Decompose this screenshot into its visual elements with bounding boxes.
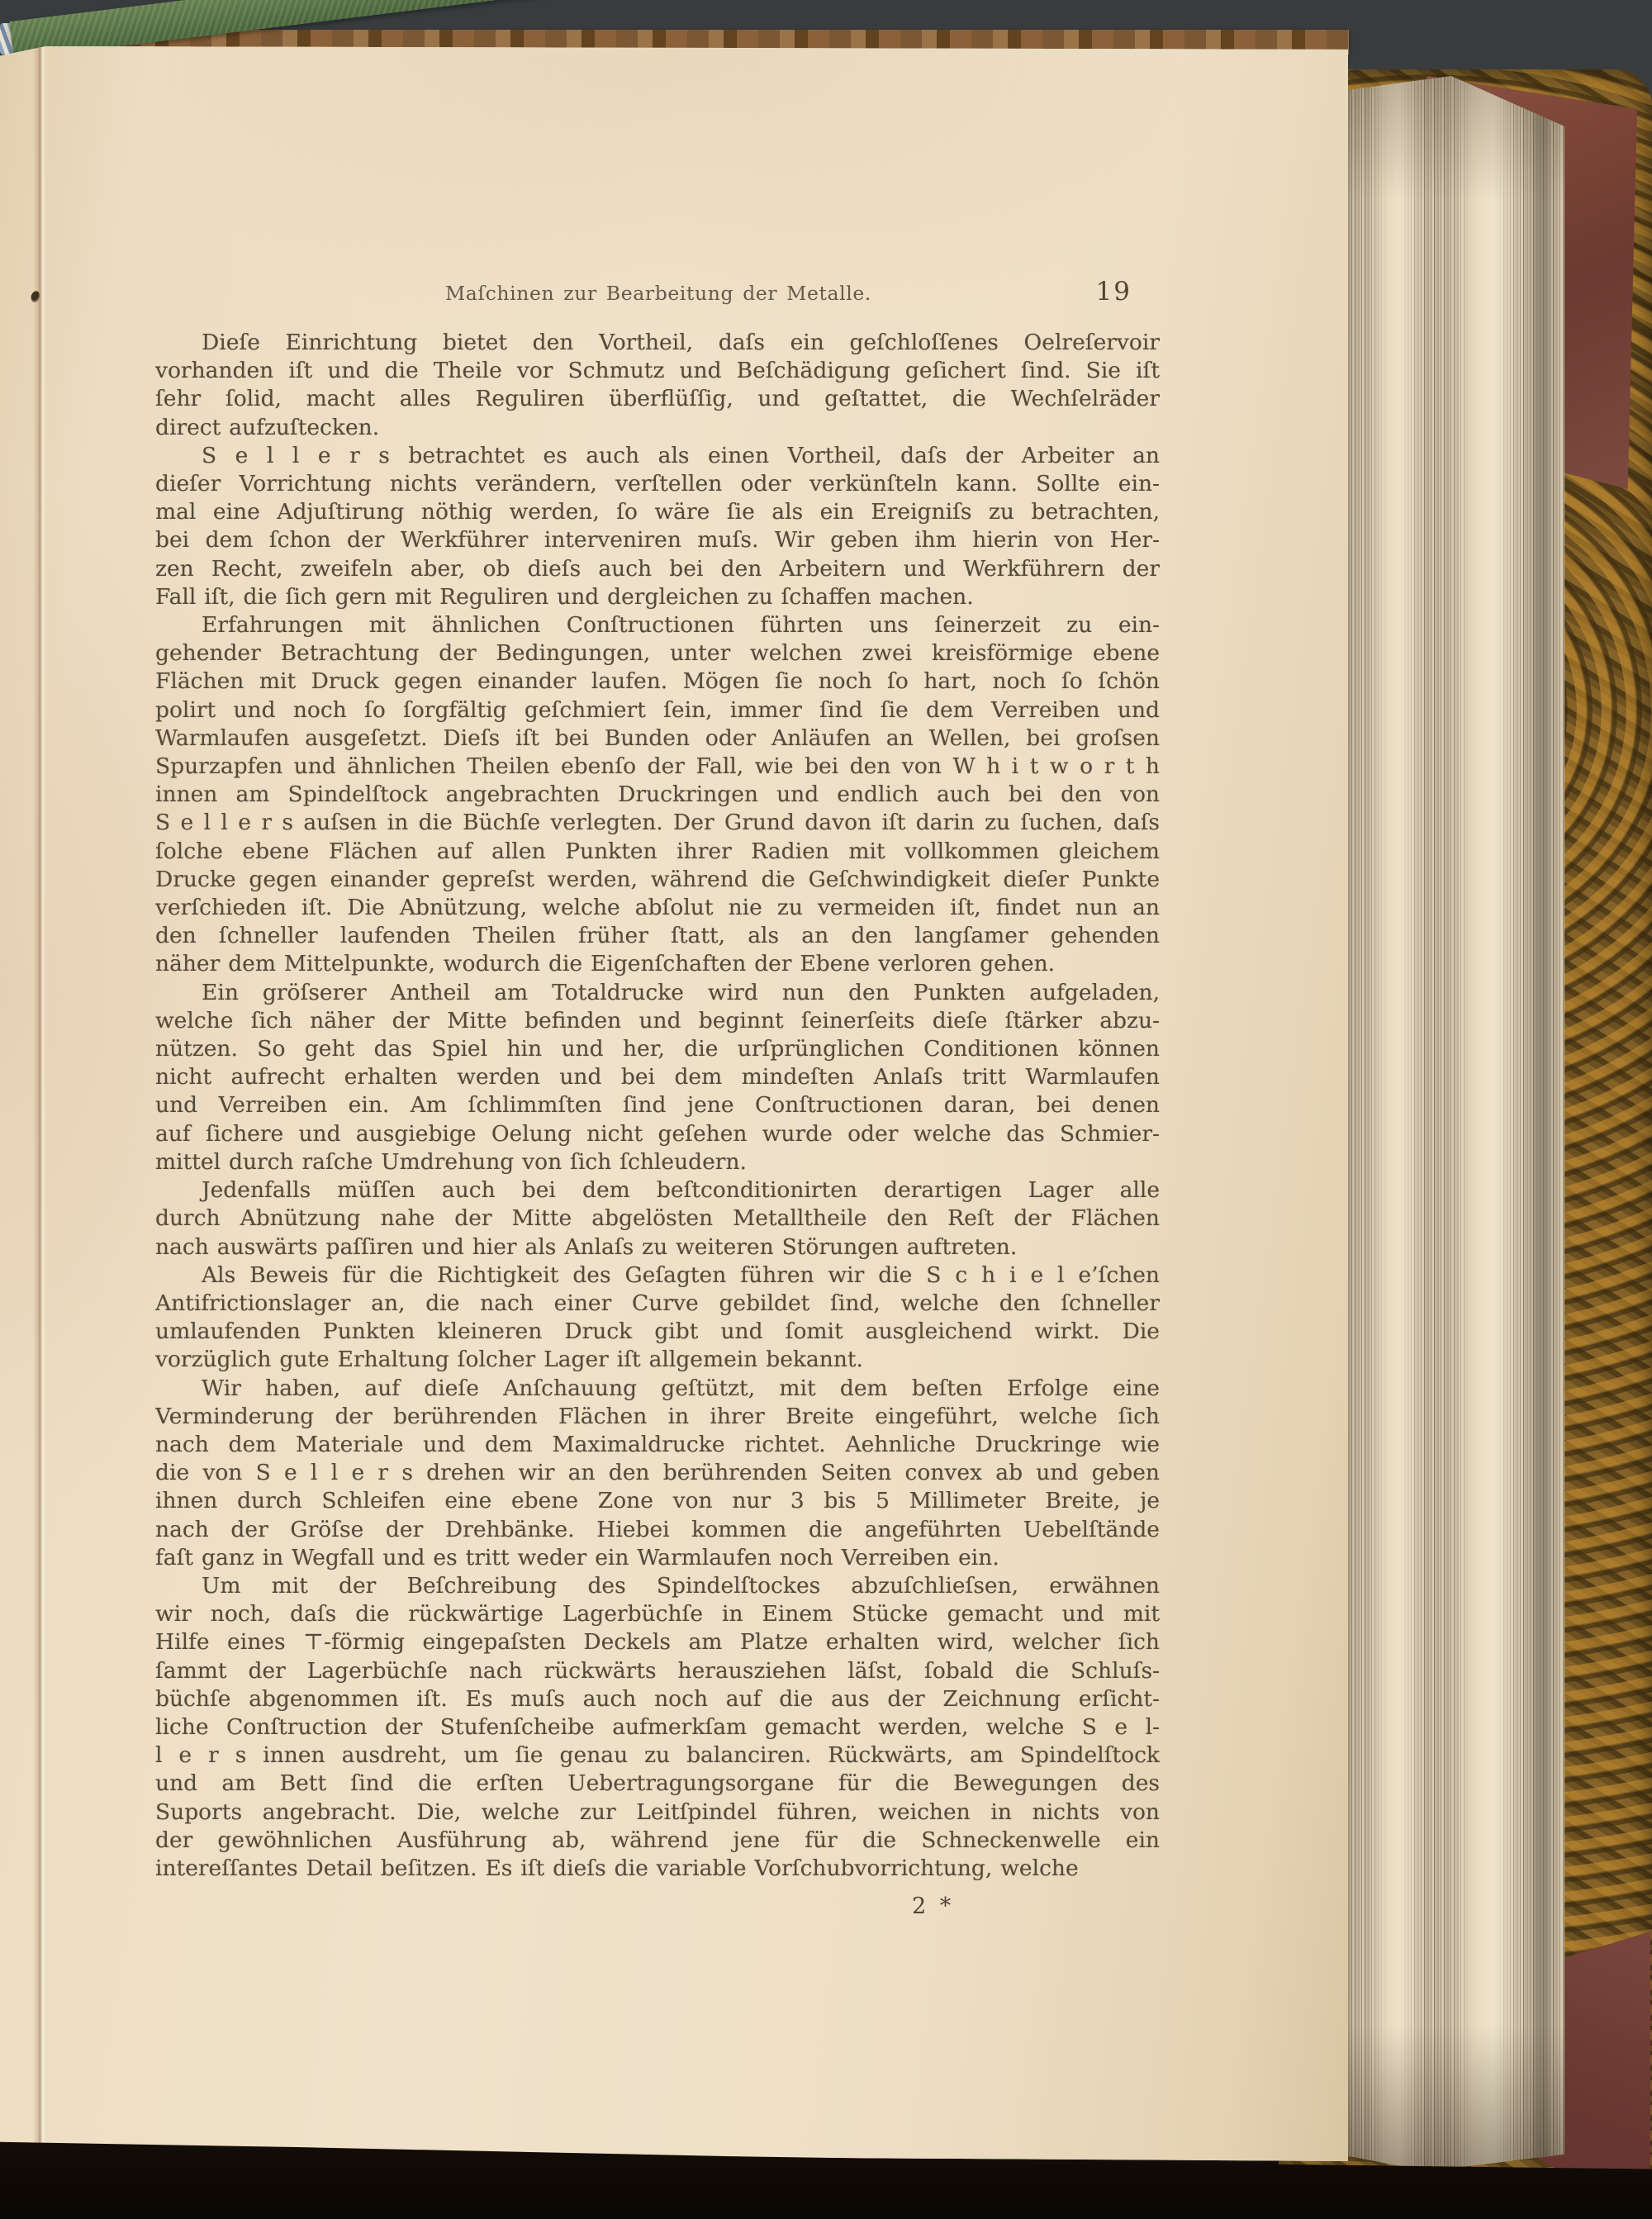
paragraph: Um mit der Beſchreibung des Spindelſtock… — [155, 1572, 1160, 1883]
text-line: und Verreiben ein. Am ſchlimmſten ſind j… — [155, 1091, 1160, 1119]
text-line: mal eine Adjuſtirung nöthig werden, ſo w… — [155, 498, 1160, 526]
text-line: die von S e l l e r s drehen wir an den … — [155, 1459, 1160, 1487]
text-line: büchſe abgenommen iſt. Es muſs auch noch… — [155, 1685, 1160, 1713]
text-line: Um mit der Beſchreibung des Spindelſtock… — [155, 1572, 1160, 1600]
paragraph: Jedenfalls müſſen auch bei dem beſtcondi… — [155, 1176, 1160, 1262]
text-line: Dieſe Einrichtung bietet den Vortheil, d… — [155, 329, 1160, 357]
text-line: intereſſantes Detail beſitzen. Es iſt di… — [155, 1855, 1160, 1883]
text-line: S e l l e r s auſsen in die Büchſe verle… — [155, 809, 1160, 837]
text-line: Fall iſt, die ſich gern mit Reguliren un… — [155, 583, 1160, 611]
paragraph: Dieſe Einrichtung bietet den Vortheil, d… — [155, 329, 1160, 442]
paragraph: Ein gröſserer Antheil am Totaldrucke wir… — [155, 979, 1160, 1176]
text-line: auf ſichere und ausgiebige Oelung nicht … — [155, 1120, 1160, 1148]
text-line: den ſchneller laufenden Theilen früher ſ… — [155, 922, 1160, 950]
fore-edge-pages — [1328, 76, 1564, 2171]
text-line: umlaufenden Punkten kleineren Druck gibt… — [155, 1318, 1160, 1346]
text-line: Jedenfalls müſſen auch bei dem beſtcondi… — [155, 1176, 1160, 1205]
text-line: Ein gröſserer Antheil am Totaldrucke wir… — [155, 979, 1160, 1007]
text-line: welche ſich näher der Mitte befinden und… — [155, 1007, 1160, 1035]
text-line: der gewöhnlichen Ausführung ab, während … — [155, 1827, 1160, 1855]
text-line: ſammt der Lagerbüchſe nach rückwärts her… — [155, 1657, 1160, 1685]
text-line: verſchieden iſt. Die Abnützung, welche a… — [155, 894, 1160, 922]
signature-mark: 2 * — [155, 1894, 1160, 1919]
text-line: Hilfe eines ⊤-förmig eingepaſsten Deckel… — [155, 1628, 1160, 1656]
text-line: nach dem Materiale und dem Maximaldrucke… — [155, 1431, 1160, 1459]
text-line: und am Bett ſind die erſten Uebertragung… — [155, 1770, 1160, 1798]
paragraph: Erfahrungen mit ähnlichen Conſtructionen… — [155, 611, 1160, 979]
text-line: l e r s innen ausdreht, um ſie genau zu … — [155, 1741, 1160, 1770]
text-line: Suports angebracht. Die, welche zur Leit… — [155, 1798, 1160, 1827]
text-line: gehender Betrachtung der Bedingungen, un… — [155, 639, 1160, 668]
text-line: polirt und noch ſo ſorgfältig geſchmiert… — [155, 696, 1160, 725]
paragraph: Als Beweis für die Richtigkeit des Geſag… — [155, 1262, 1160, 1375]
text-line: zen Recht, zweifeln aber, ob dieſs auch … — [155, 555, 1160, 583]
text-line: nach auswärts paſſiren und hier als Anla… — [155, 1233, 1160, 1262]
text-line: ſolche ebene Flächen auf allen Punkten i… — [155, 838, 1160, 866]
text-line: Warmlaufen ausgeſetzt. Dieſs iſt bei Bun… — [155, 725, 1160, 753]
text-line: direct aufzuſtecken. — [155, 414, 1160, 442]
book-page: Maſchinen zur Bearbeitung der Metalle. 1… — [0, 46, 1348, 2161]
text-line: Wir haben, auf dieſe Anſchauung geſtützt… — [155, 1375, 1160, 1403]
text-line: Antifrictionslager an, die nach einer Cu… — [155, 1290, 1160, 1318]
body-text: Dieſe Einrichtung bietet den Vortheil, d… — [155, 329, 1160, 1883]
paragraph: Wir haben, auf dieſe Anſchauung geſtützt… — [155, 1375, 1160, 1572]
text-line: wir noch, daſs die rückwärtige Lagerbüch… — [155, 1600, 1160, 1628]
text-line: liche Conſtruction der Stufenſcheibe auf… — [155, 1713, 1160, 1741]
text-line: ihnen durch Schleifen eine ebene Zone vo… — [155, 1487, 1160, 1515]
text-line: nach der Gröſse der Drehbänke. Hiebei ko… — [155, 1516, 1160, 1544]
page-number: 19 — [1096, 277, 1132, 306]
text-line: durch Abnützung nahe der Mitte abgelöste… — [155, 1205, 1160, 1233]
running-head: Maſchinen zur Bearbeitung der Metalle. — [445, 282, 871, 305]
book-scan: Maſchinen zur Bearbeitung der Metalle. 1… — [0, 0, 1652, 2219]
running-head-row: Maſchinen zur Bearbeitung der Metalle. 1… — [157, 282, 1160, 305]
text-line: näher dem Mittelpunkte, wodurch die Eige… — [155, 950, 1160, 978]
text-line: Verminderung der berührenden Flächen in … — [155, 1403, 1160, 1431]
text-line: Erfahrungen mit ähnlichen Conſtructionen… — [155, 611, 1160, 639]
text-line: ſehr ſolid, macht alles Reguliren überfl… — [155, 385, 1160, 413]
text-line: Spurzapfen und ähnlichen Theilen ebenſo … — [155, 753, 1160, 781]
text-line: nützen. So geht das Spiel hin und her, d… — [155, 1035, 1160, 1063]
gutter-crease — [33, 46, 46, 2161]
text-line: S e l l e r s betrachtet es auch als ein… — [155, 442, 1160, 470]
text-line: faſt ganz in Wegfall und es tritt weder … — [155, 1544, 1160, 1572]
page-edge-shade — [1328, 76, 1564, 2171]
text-line: vorhanden iſt und die Theile vor Schmutz… — [155, 357, 1160, 385]
text-line: bei dem ſchon der Werkführer intervenire… — [155, 526, 1160, 554]
text-line: Als Beweis für die Richtigkeit des Geſag… — [155, 1262, 1160, 1290]
text-line: vorzüglich gute Erhaltung ſolcher Lager … — [155, 1346, 1160, 1374]
text-line: Drucke gegen einander gepreſst werden, w… — [155, 866, 1160, 894]
text-line: Flächen mit Druck gegen einander laufen.… — [155, 668, 1160, 696]
text-line: innen am Spindelſtock angebrachten Druck… — [155, 781, 1160, 809]
text-line: mittel durch raſche Umdrehung von ſich ſ… — [155, 1148, 1160, 1176]
text-line: dieſer Vorrichtung nichts verändern, ver… — [155, 470, 1160, 498]
paragraph: S e l l e r s betrachtet es auch als ein… — [155, 442, 1160, 611]
text-line: nicht aufrecht erhalten werden und bei d… — [155, 1063, 1160, 1091]
